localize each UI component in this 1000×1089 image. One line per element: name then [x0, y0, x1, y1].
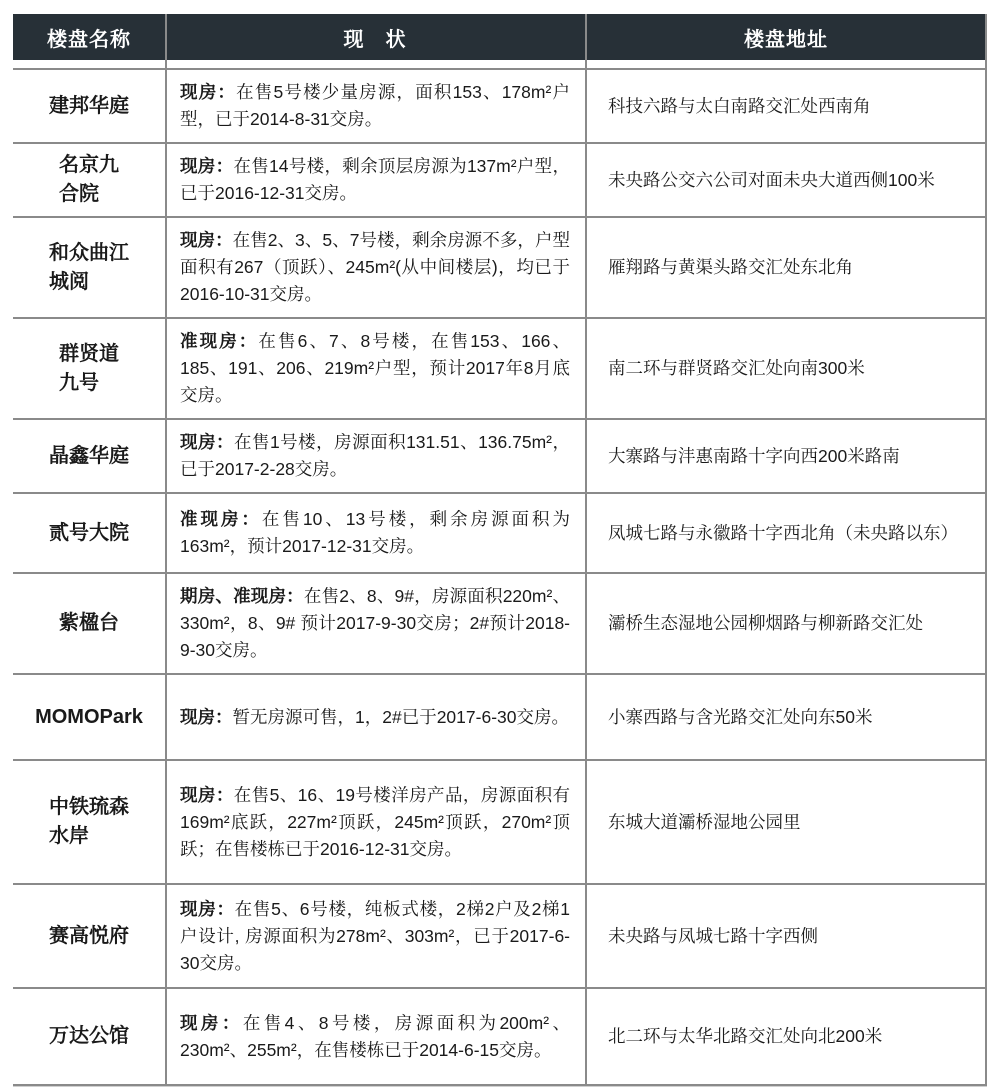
property-name: 中铁琉森 水岸 [49, 793, 129, 851]
header-property-name: 楼盘名称 [13, 14, 165, 60]
table-right-border [985, 14, 987, 1086]
status-cell: 现房：在售14号楼，剩余顶层房源为137m²户型，已于2016-12-31交房。 [165, 144, 585, 216]
property-address: 北二环与太华北路交汇处向北200米 [608, 1024, 882, 1049]
status-text: 在售5号楼少量房源，面积153、178m²户型，已于2014-8-31交房。 [180, 82, 570, 129]
status-cell: 现房：在售1号楼，房源面积131.51、136.75m²，已于2017-2-28… [165, 420, 585, 492]
property-name: 群贤道 九号 [59, 340, 119, 398]
property-table: 楼盘名称 现 状 楼盘地址 建邦华庭 现房：在售5号楼少量房源，面积153、17… [13, 14, 987, 1086]
status-cell: 现房：在售5、16、19号楼洋房产品，房源面积有169m²底跃，227m²顶跃，… [165, 761, 585, 883]
property-address: 凤城七路与永徽路十字西北角（未央路以东） [608, 521, 958, 546]
property-name: 紫楹台 [59, 609, 119, 638]
table-row: 名京九 合院 现房：在售14号楼，剩余顶层房源为137m²户型，已于2016-1… [13, 142, 987, 216]
address-cell: 未央路公交六公司对面未央大道西侧100米 [585, 144, 987, 216]
property-name-cell: 建邦华庭 [13, 70, 165, 142]
address-cell: 未央路与凤城七路十字西侧 [585, 885, 987, 987]
table-header-row: 楼盘名称 现 状 楼盘地址 [13, 14, 987, 60]
address-cell: 雁翔路与黄渠头路交汇处东北角 [585, 218, 987, 317]
status-text: 暂无房源可售，1，2#已于2017-6-30交房。 [233, 707, 569, 727]
property-name-cell: MOMOPark [13, 675, 165, 759]
property-address: 雁翔路与黄渠头路交汇处东北角 [608, 255, 853, 280]
property-name: MOMOPark [35, 703, 143, 732]
address-cell: 北二环与太华北路交汇处向北200米 [585, 989, 987, 1084]
status-text: 在售2、3、5、7号楼，剩余房源不多，户型面积有267（顶跃）、245m²(从中… [180, 230, 570, 304]
table-row: 赛高悦府 现房：在售5、6号楼，纯板式楼，2梯2户及2梯1户设计, 房源面积为2… [13, 883, 987, 987]
property-address: 科技六路与太白南路交汇处西南角 [608, 94, 871, 119]
status-label: 期房、准现房： [180, 586, 304, 606]
status-text: 在售14号楼，剩余顶层房源为137m²户型，已于2016-12-31交房。 [180, 156, 570, 203]
property-name: 名京九 合院 [59, 151, 119, 209]
property-name-cell: 群贤道 九号 [13, 319, 165, 418]
property-name: 晶鑫华庭 [49, 442, 129, 471]
status-label: 现房： [180, 156, 233, 176]
address-cell: 东城大道灞桥湿地公园里 [585, 761, 987, 883]
address-cell: 南二环与群贤路交汇处向南300米 [585, 319, 987, 418]
property-name: 赛高悦府 [49, 922, 129, 951]
table-row: 中铁琉森 水岸 现房：在售5、16、19号楼洋房产品，房源面积有169m²底跃，… [13, 759, 987, 883]
property-name-cell: 名京九 合院 [13, 144, 165, 216]
table-row: 万达公馆 现房：在售4、8号楼，房源面积为200m²、230m²、255m²，在… [13, 987, 987, 1084]
status-label: 准现房： [180, 509, 262, 529]
table-row: 和众曲江 城阅 现房：在售2、3、5、7号楼，剩余房源不多，户型面积有267（顶… [13, 216, 987, 317]
status-cell: 现房：在售4、8号楼，房源面积为200m²、230m²、255m²，在售楼栋已于… [165, 989, 585, 1084]
status-text: 在售5、16、19号楼洋房产品，房源面积有169m²底跃，227m²顶跃，245… [180, 785, 570, 859]
status-text: 在售1号楼，房源面积131.51、136.75m²，已于2017-2-28交房。 [180, 432, 570, 479]
status-cell: 现房：在售5号楼少量房源，面积153、178m²户型，已于2014-8-31交房… [165, 70, 585, 142]
status-cell: 期房、准现房：在售2、8、9#，房源面积220m²、330m²，8、9# 预计2… [165, 574, 585, 673]
column-divider [585, 14, 587, 1086]
table-row: 群贤道 九号 准现房：在售6、7、8号楼，在售153、166、185、191、2… [13, 317, 987, 418]
property-name: 万达公馆 [49, 1022, 129, 1051]
property-address: 未央路公交六公司对面未央大道西侧100米 [608, 168, 935, 193]
property-address: 未央路与凤城七路十字西侧 [608, 924, 818, 949]
property-address: 大寨路与沣惠南路十字向西200米路南 [608, 444, 900, 469]
property-name-cell: 赛高悦府 [13, 885, 165, 987]
status-label: 准现房： [180, 331, 258, 351]
header-address: 楼盘地址 [585, 14, 987, 60]
property-name: 贰号大院 [49, 519, 129, 548]
status-cell: 准现房：在售10、13号楼，剩余房源面积为163m²，预计2017-12-31交… [165, 494, 585, 572]
status-label: 现房： [180, 1013, 243, 1033]
table-body: 建邦华庭 现房：在售5号楼少量房源，面积153、178m²户型，已于2014-8… [13, 68, 987, 1086]
status-text: 在售5、6号楼，纯板式楼，2梯2户及2梯1户设计, 房源面积为278m²、303… [180, 899, 570, 973]
property-name: 和众曲江 城阅 [49, 239, 129, 297]
table-row: 建邦华庭 现房：在售5号楼少量房源，面积153、178m²户型，已于2014-8… [13, 70, 987, 142]
status-label: 现房： [180, 432, 234, 452]
address-cell: 灞桥生态湿地公园柳烟路与柳新路交汇处 [585, 574, 987, 673]
property-name-cell: 万达公馆 [13, 989, 165, 1084]
property-name-cell: 晶鑫华庭 [13, 420, 165, 492]
property-name-cell: 贰号大院 [13, 494, 165, 572]
status-label: 现房： [180, 82, 236, 102]
status-label: 现房： [180, 707, 233, 727]
status-label: 现房： [180, 230, 233, 250]
table-row: 晶鑫华庭 现房：在售1号楼，房源面积131.51、136.75m²，已于2017… [13, 418, 987, 492]
header-status: 现 状 [165, 14, 585, 60]
address-cell: 凤城七路与永徽路十字西北角（未央路以东） [585, 494, 987, 572]
address-cell: 大寨路与沣惠南路十字向西200米路南 [585, 420, 987, 492]
status-cell: 现房：在售5、6号楼，纯板式楼，2梯2户及2梯1户设计, 房源面积为278m²、… [165, 885, 585, 987]
table-row: 紫楹台 期房、准现房：在售2、8、9#，房源面积220m²、330m²，8、9#… [13, 572, 987, 673]
property-address: 小寨西路与含光路交汇处向东50米 [608, 705, 872, 730]
property-name-cell: 紫楹台 [13, 574, 165, 673]
table-row: MOMOPark 现房：暂无房源可售，1，2#已于2017-6-30交房。 小寨… [13, 673, 987, 759]
column-divider [165, 14, 167, 1086]
status-label: 现房： [180, 899, 235, 919]
address-cell: 小寨西路与含光路交汇处向东50米 [585, 675, 987, 759]
status-label: 现房： [180, 785, 234, 805]
status-cell: 现房：在售2、3、5、7号楼，剩余房源不多，户型面积有267（顶跃）、245m²… [165, 218, 585, 317]
property-address: 灞桥生态湿地公园柳烟路与柳新路交汇处 [608, 611, 923, 636]
page: 楼盘名称 现 状 楼盘地址 建邦华庭 现房：在售5号楼少量房源，面积153、17… [0, 0, 1000, 1089]
status-cell: 准现房：在售6、7、8号楼，在售153、166、185、191、206、219m… [165, 319, 585, 418]
property-name-cell: 和众曲江 城阅 [13, 218, 165, 317]
property-address: 南二环与群贤路交汇处向南300米 [608, 356, 865, 381]
property-address: 东城大道灞桥湿地公园里 [608, 810, 801, 835]
property-name: 建邦华庭 [49, 92, 129, 121]
table-row: 贰号大院 准现房：在售10、13号楼，剩余房源面积为163m²，预计2017-1… [13, 492, 987, 572]
status-cell: 现房：暂无房源可售，1，2#已于2017-6-30交房。 [165, 675, 585, 759]
property-name-cell: 中铁琉森 水岸 [13, 761, 165, 883]
address-cell: 科技六路与太白南路交汇处西南角 [585, 70, 987, 142]
